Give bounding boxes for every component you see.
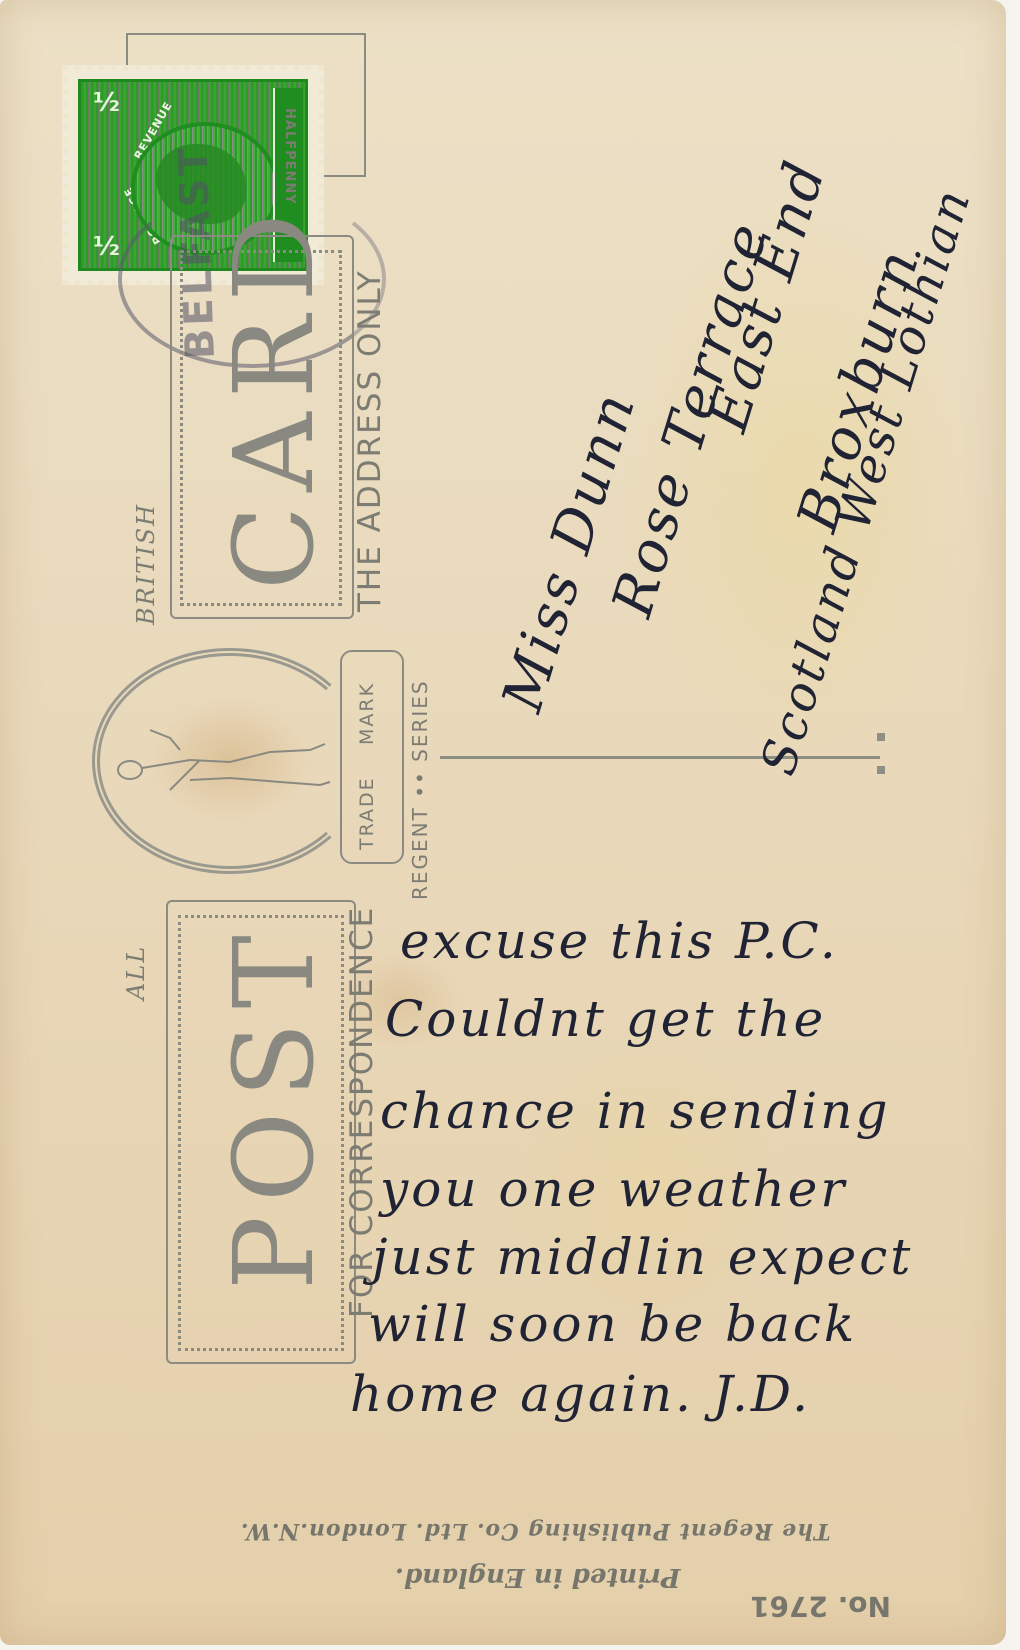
message-line-7: home again. J.D.: [350, 1365, 811, 1423]
stamp-halfpenny-label: HALFPENNY: [282, 108, 297, 205]
message-line-5: just middlin expect: [372, 1228, 913, 1286]
trademark-mark-label: MARK: [356, 682, 378, 745]
message-line-6: will soon be back: [368, 1295, 857, 1353]
regent-figure-icon: [110, 690, 350, 820]
divider-dot-upper: [877, 733, 885, 741]
british-label: BRITISH: [132, 503, 160, 625]
message-line-3: chance in sending: [380, 1082, 890, 1140]
card-title: CARD: [210, 199, 338, 590]
divider-dot-lower: [877, 766, 885, 774]
printed-in-england: Printed in England.: [395, 1562, 680, 1592]
message-line-2: Couldnt get the: [385, 990, 826, 1048]
card-number: No. 2761: [750, 1590, 891, 1623]
publisher-imprint: The Regent Publishing Co. Ltd. London.N.…: [240, 1518, 831, 1544]
message-line-1: excuse this P.C.: [400, 912, 839, 970]
stamp-value-bottom: ½: [93, 232, 121, 262]
regent-series-label: REGENT •• SERIES: [408, 679, 432, 900]
address-divider-line: [440, 756, 880, 759]
stamp-value-top: ½: [93, 88, 121, 118]
address-only-label: THE ADDRESS ONLY: [352, 269, 388, 612]
postcard: ½ ½ REVENUE POSTAGE HALFPENNY BELFAST CA…: [0, 0, 1006, 1645]
post-title: POST: [210, 921, 338, 1290]
all-label: ALL: [122, 945, 150, 1000]
message-line-4: you one weather: [380, 1160, 847, 1218]
trademark-trade-label: TRADE: [356, 776, 378, 850]
